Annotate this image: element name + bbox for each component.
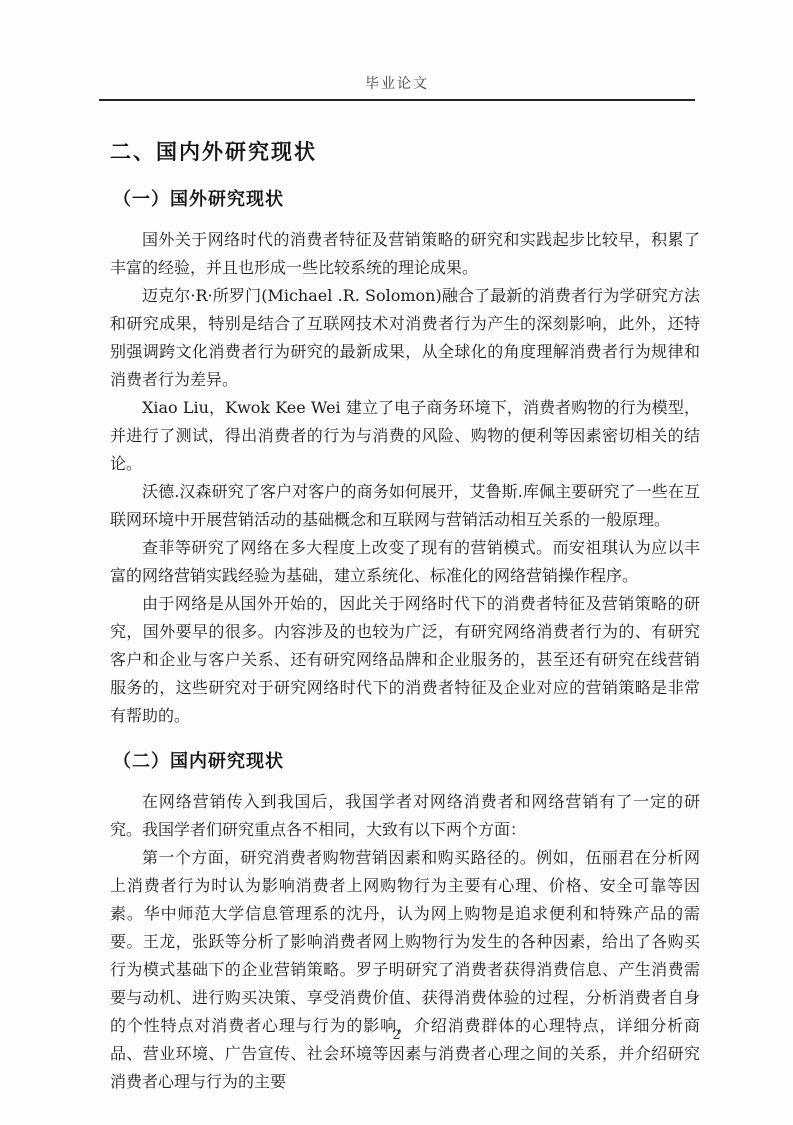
chapter-heading: 二、国内外研究现状	[110, 139, 700, 166]
running-header: 毕业论文	[99, 74, 695, 101]
paragraph: 沃德.汉森研究了客户对客户的商务如何展开，艾鲁斯.库佩主要研究了一些在互联网环境…	[110, 478, 700, 534]
section-heading-domestic-research: （二）国内研究现状	[113, 750, 700, 774]
paragraph: 国外关于网络时代的消费者特征及营销策略的研究和实践起步比较早，积累了丰富的经验，…	[110, 226, 700, 282]
document-body: 二、国内外研究现状 （一）国外研究现状 国外关于网络时代的消费者特征及营销策略的…	[110, 139, 700, 1096]
section-heading-foreign-research: （一）国外研究现状	[113, 188, 700, 212]
paragraph: 查菲等研究了网络在多大程度上改变了现有的营销模式。而安祖琪认为应以丰富的网络营销…	[110, 534, 700, 590]
running-header-title: 毕业论文	[365, 76, 429, 92]
paragraph: 迈克尔·R·所罗门(Michael .R. Solomon)融合了最新的消费者行…	[110, 282, 700, 394]
paragraph: 由于网络是从国外开始的，因此关于网络时代下的消费者特征及营销策略的研究，国外要早…	[110, 590, 700, 730]
paragraph: Xiao Liu，Kwok Kee Wei 建立了电子商务环境下，消费者购物的行…	[110, 394, 700, 478]
thesis-page: 毕业论文 二、国内外研究现状 （一）国外研究现状 国外关于网络时代的消费者特征及…	[0, 0, 793, 1125]
paragraph: 在网络营销传入到我国后，我国学者对网络消费者和网络营销有了一定的研究。我国学者们…	[110, 788, 700, 844]
page-footer: 2	[0, 1028, 793, 1043]
paragraph: 第一个方面，研究消费者购物营销因素和购买路径的。例如，伍丽君在分析网上消费者行为…	[110, 844, 700, 1096]
page-number: 2	[392, 1028, 400, 1043]
